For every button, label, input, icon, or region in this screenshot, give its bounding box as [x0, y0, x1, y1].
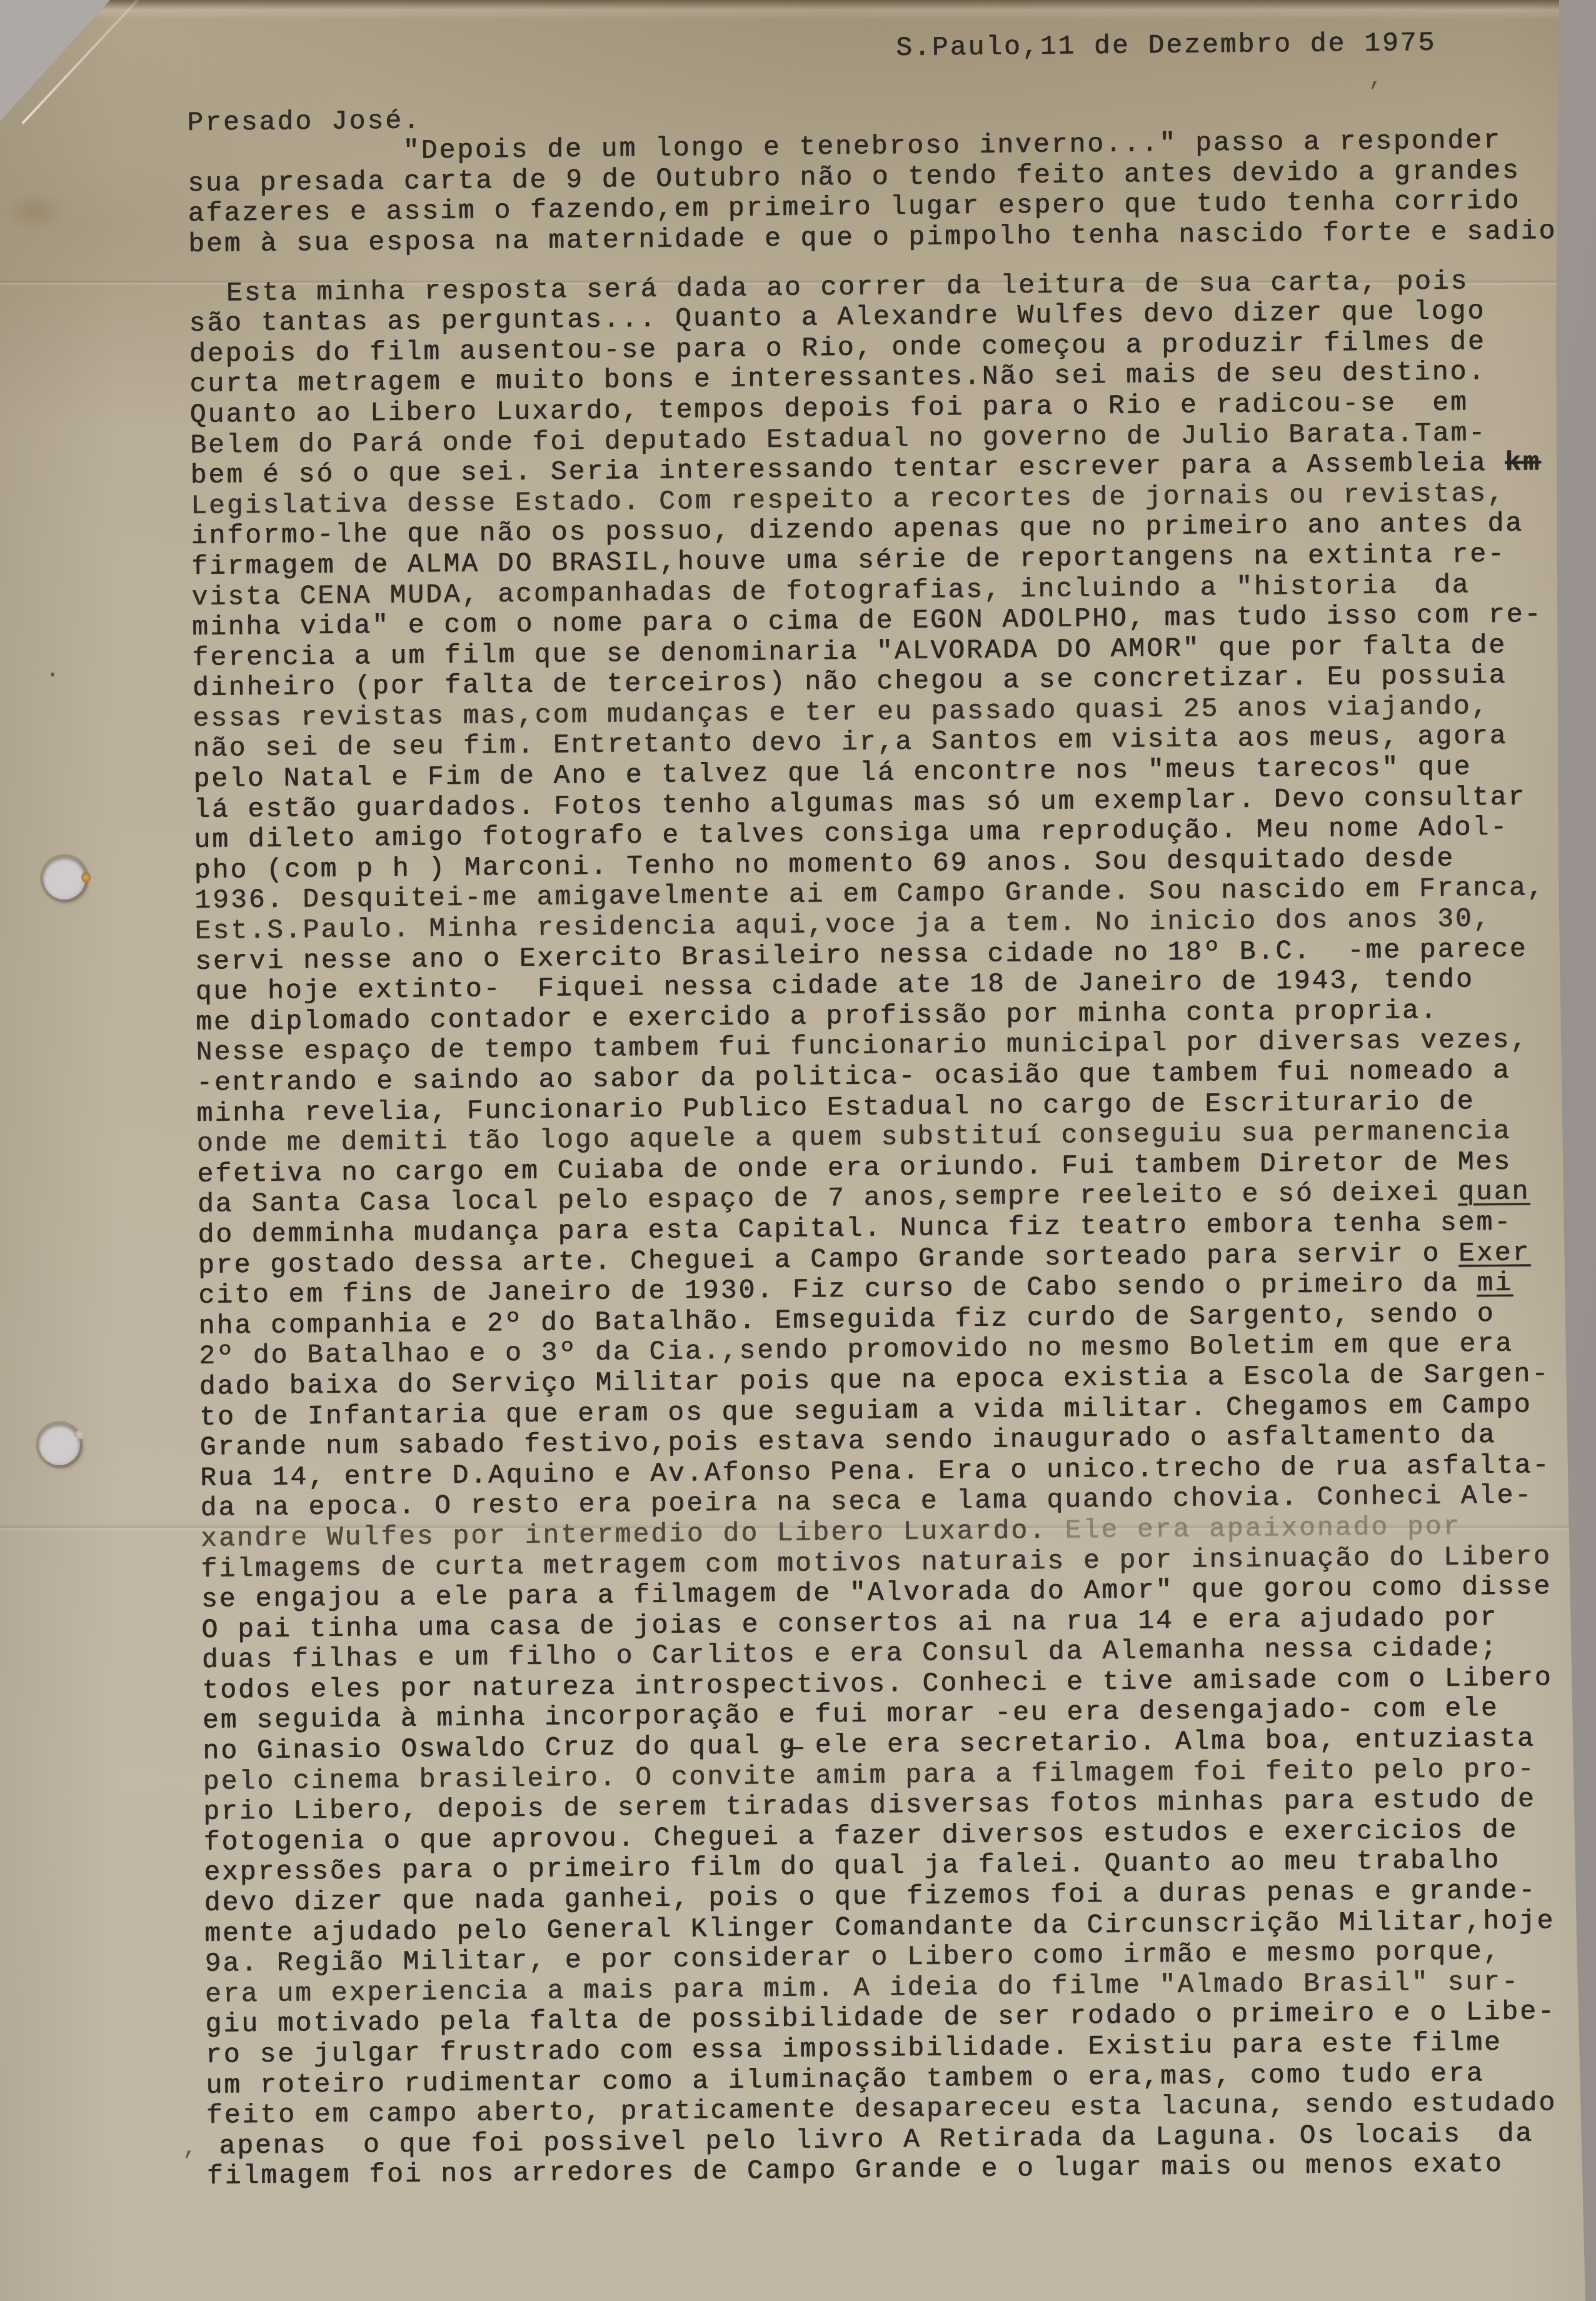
stray-mark: ’: [1367, 80, 1382, 108]
stray-mark: ‚: [181, 2134, 196, 2162]
letter-text: S.Paulo,11 de Dezembro de 1975Presado Jo…: [186, 26, 1596, 2192]
letter-line: S.Paulo,11 de Dezembro de 1975: [186, 26, 1596, 71]
letter-paper: S.Paulo,11 de Dezembro de 1975Presado Jo…: [0, 0, 1596, 2301]
scanned-letter-page: S.Paulo,11 de Dezembro de 1975Presado Jo…: [0, 0, 1596, 2301]
punch-hole: [39, 1424, 80, 1465]
stray-mark: ·: [45, 661, 60, 689]
punch-hole: [43, 857, 86, 900]
